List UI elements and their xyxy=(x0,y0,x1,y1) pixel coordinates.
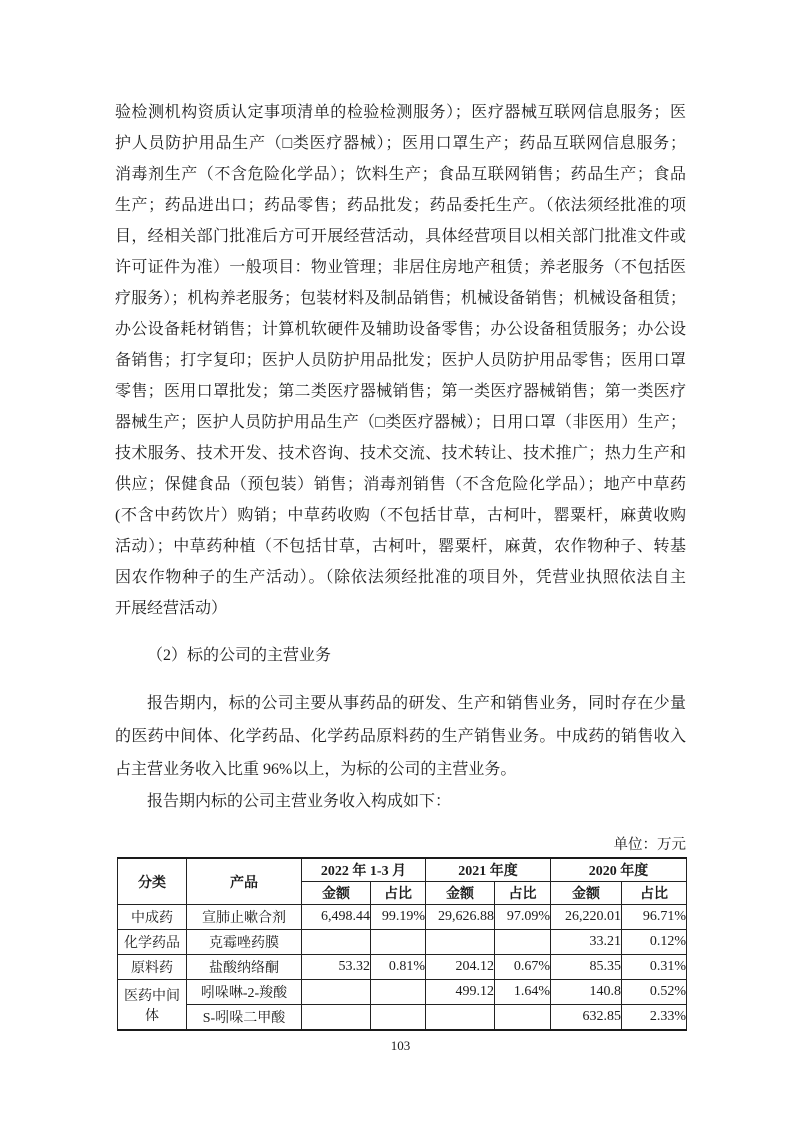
body-line: 消毒剂生产（不含危险化学品）；饮料生产；食品互联网销售；药品生产；食品 xyxy=(115,159,686,190)
body-line: 器械生产；医护人员防护用品生产（□类医疗器械）；日用口罩（非医用）生产； xyxy=(115,407,686,438)
ratio-cell: 1.64% xyxy=(495,980,551,1005)
table-row: 原料药 盐酸纳络酮 53.32 0.81% 204.12 0.67% 85.35… xyxy=(118,955,687,980)
header-amount: 金额 xyxy=(551,882,622,905)
header-product: 产品 xyxy=(187,858,302,905)
amount-cell: 53.32 xyxy=(302,955,371,980)
category-cell: 原料药 xyxy=(118,955,187,980)
body-line: 开展经营活动） xyxy=(115,593,686,624)
product-cell: 盐酸纳络酮 xyxy=(187,955,302,980)
ratio-cell xyxy=(495,1005,551,1031)
page-number: 103 xyxy=(115,1035,686,1057)
product-cell: 克霉唑药膜 xyxy=(187,930,302,955)
header-period-2022: 2022 年 1-3 月 xyxy=(302,858,426,882)
amount-cell: 85.35 xyxy=(551,955,622,980)
amount-cell xyxy=(302,980,371,1005)
category-cell: 中成药 xyxy=(118,905,187,930)
header-period-2020: 2020 年度 xyxy=(551,858,687,882)
ratio-cell: 2.33% xyxy=(622,1005,687,1031)
ratio-cell: 0.12% xyxy=(622,930,687,955)
body-line: 零售；医用口罩批发；第二类医疗器械销售；第一类医疗器械销售；第一类医疗 xyxy=(115,376,686,407)
ratio-cell: 0.31% xyxy=(622,955,687,980)
body-line: 验检测机构资质认定事项清单的检验检测服务）；医疗器械互联网信息服务；医 xyxy=(115,97,686,128)
body-line: 因农作物种子的生产活动）。（除依法须经批准的项目外，凭营业执照依法自主 xyxy=(115,562,686,593)
section-heading: （2）标的公司的主营业务 xyxy=(115,640,686,671)
header-amount: 金额 xyxy=(302,882,371,905)
body-line: 许可证件为准）一般项目：物业管理；非居住房地产租赁；养老服务（不包括医 xyxy=(115,252,686,283)
table-header-row: 分类 产品 2022 年 1-3 月 2021 年度 2020 年度 xyxy=(118,858,687,882)
amount-cell: 204.12 xyxy=(426,955,495,980)
body-line: 生产；药品进出口；药品零售；药品批发；药品委托生产。（依法须经批准的项 xyxy=(115,190,686,221)
table-row: S-吲哚二甲酸 632.85 2.33% xyxy=(118,1005,687,1031)
amount-cell: 33.21 xyxy=(551,930,622,955)
header-period-2021: 2021 年度 xyxy=(426,858,551,882)
header-ratio: 占比 xyxy=(495,882,551,905)
document-page: 验检测机构资质认定事项清单的检验检测服务）；医疗器械互联网信息服务；医 护人员防… xyxy=(0,0,793,1122)
body-line: 办公设备耗材销售；计算机软硬件及辅助设备零售；办公设备租赁服务；办公设 xyxy=(115,314,686,345)
body-line: 技术服务、技术开发、技术咨询、技术交流、技术转让、技术推广；热力生产和 xyxy=(115,438,686,469)
body-line: 占主营业务收入比重 96%以上，为标的公司的主营业务。 xyxy=(115,753,686,786)
product-cell: 宣肺止嗽合剂 xyxy=(187,905,302,930)
category-cell: 化学药品 xyxy=(118,930,187,955)
header-amount: 金额 xyxy=(426,882,495,905)
table-row: 化学药品 克霉唑药膜 33.21 0.12% xyxy=(118,930,687,955)
amount-cell xyxy=(426,930,495,955)
product-cell: 吲哚啉-2-羧酸 xyxy=(187,980,302,1005)
ratio-cell: 0.67% xyxy=(495,955,551,980)
ratio-cell xyxy=(371,930,426,955)
ratio-cell: 0.52% xyxy=(622,980,687,1005)
amount-cell: 6,498.44 xyxy=(302,905,371,930)
body-line: 目，经相关部门批准后方可开展经营活动，具体经营项目以相关部门批准文件或 xyxy=(115,221,686,252)
body-line: 疗服务）；机构养老服务；包装材料及制品销售；机械设备销售；机械设备租赁； xyxy=(115,283,686,314)
amount-cell xyxy=(302,930,371,955)
main-business-paragraph: 报告期内，标的公司主要从事药品的研发、生产和销售业务，同时存在少量 的医药中间体… xyxy=(115,687,686,786)
body-line: (不含中药饮片）购销；中草药收购（不包括甘草，古柯叶，罂粟杆，麻黄收购 xyxy=(115,500,686,531)
unit-label: 单位：万元 xyxy=(115,833,686,857)
header-ratio: 占比 xyxy=(371,882,426,905)
body-line: 护人员防护用品生产（□类医疗器械）；医用口罩生产；药品互联网信息服务； xyxy=(115,128,686,159)
ratio-cell: 96.71% xyxy=(622,905,687,930)
ratio-cell xyxy=(371,1005,426,1031)
category-cell: 医药中间体 xyxy=(118,980,187,1031)
body-line: 的医药中间体、化学药品、化学药品原料药的生产销售业务。中成药的销售收入 xyxy=(115,720,686,753)
business-scope-paragraph: 验检测机构资质认定事项清单的检验检测服务）；医疗器械互联网信息服务；医 护人员防… xyxy=(115,97,686,624)
ratio-cell xyxy=(371,980,426,1005)
amount-cell: 140.8 xyxy=(551,980,622,1005)
amount-cell xyxy=(302,1005,371,1031)
body-line: 供应；保健食品（预包装）销售；消毒剂销售（不含危险化学品）；地产中草药 xyxy=(115,469,686,500)
body-line: 备销售；打字复印；医护人员防护用品批发；医护人员防护用品零售；医用口罩 xyxy=(115,345,686,376)
amount-cell: 29,626.88 xyxy=(426,905,495,930)
amount-cell: 632.85 xyxy=(551,1005,622,1031)
amount-cell xyxy=(426,1005,495,1031)
ratio-cell xyxy=(495,930,551,955)
ratio-cell: 97.09% xyxy=(495,905,551,930)
header-ratio: 占比 xyxy=(622,882,687,905)
body-line: 活动）；中草药种植（不包括甘草，古柯叶，罂粟杆，麻黄，农作物种子、转基 xyxy=(115,531,686,562)
amount-cell: 499.12 xyxy=(426,980,495,1005)
amount-cell: 26,220.01 xyxy=(551,905,622,930)
ratio-cell: 0.81% xyxy=(371,955,426,980)
body-line: 报告期内，标的公司主要从事药品的研发、生产和销售业务，同时存在少量 xyxy=(115,687,686,720)
table-row: 中成药 宣肺止嗽合剂 6,498.44 99.19% 29,626.88 97.… xyxy=(118,905,687,930)
revenue-composition-table: 分类 产品 2022 年 1-3 月 2021 年度 2020 年度 金额 占比… xyxy=(117,857,687,1031)
table-row: 医药中间体 吲哚啉-2-羧酸 499.12 1.64% 140.8 0.52% xyxy=(118,980,687,1005)
header-category: 分类 xyxy=(118,858,187,905)
table-intro-paragraph: 报告期内标的公司主营业务收入构成如下： xyxy=(115,786,686,817)
product-cell: S-吲哚二甲酸 xyxy=(187,1005,302,1031)
ratio-cell: 99.19% xyxy=(371,905,426,930)
